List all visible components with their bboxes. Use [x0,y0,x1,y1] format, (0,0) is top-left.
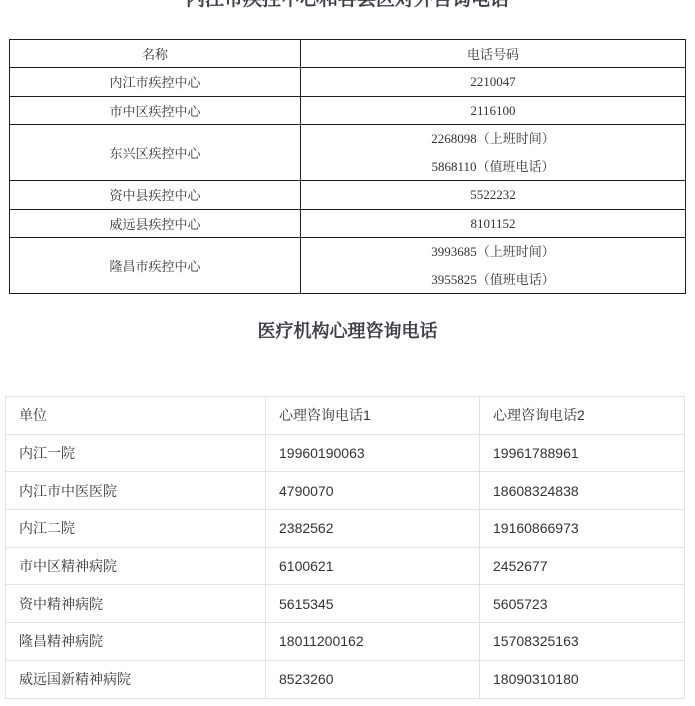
table-row: 内江市中医医院479007018608324838 [6,472,685,510]
table-row: 资中精神病院56153455605723 [6,585,685,623]
org-name-cell: 东兴区疾控中心 [10,125,301,181]
column-header-phone2: 心理咨询电话2 [480,397,685,435]
phone-cell: 2268098（上班时间）5868110（值班电话） [301,125,686,181]
column-header-unit: 单位 [6,397,266,435]
org-name-cell: 威远县疾控中心 [10,209,301,238]
psych-hotline-table: 单位 心理咨询电话1 心理咨询电话2 内江一院19960190063199617… [5,396,685,699]
phone1-cell: 6100621 [266,547,480,585]
table-row: 内江市疾控中心2210047 [10,68,686,97]
phone-cell: 8101152 [301,209,686,238]
phone1-cell: 8523260 [266,660,480,698]
unit-cell: 隆昌精神病院 [6,623,266,661]
phone2-cell: 15708325163 [480,623,685,661]
page-title: 内江市疾控中心和各县区对外咨询电话 [0,0,695,10]
phone-cell: 5522232 [301,181,686,210]
unit-cell: 威远国新精神病院 [6,660,266,698]
phone-cell: 2210047 [301,68,686,97]
phone-cell: 2116100 [301,96,686,125]
phone1-cell: 4790070 [266,472,480,510]
column-header-phone1: 心理咨询电话1 [266,397,480,435]
phone-number: 2116100 [301,97,685,125]
table-row: 市中区疾控中心2116100 [10,96,686,125]
table-header-row: 单位 心理咨询电话1 心理咨询电话2 [6,397,685,435]
phone1-cell: 18011200162 [266,623,480,661]
phone1-cell: 2382562 [266,510,480,548]
org-name-cell: 资中县疾控中心 [10,181,301,210]
table-row: 隆昌市疾控中心3993685（上班时间）3955825（值班电话） [10,238,686,294]
table-row: 市中区精神病院61006212452677 [6,547,685,585]
org-name-cell: 内江市疾控中心 [10,68,301,97]
phone-number: 5868110（值班电话） [301,153,685,181]
phone-number: 3955825（值班电话） [301,266,685,294]
column-header-phone: 电话号码 [301,40,686,68]
unit-cell: 内江一院 [6,434,266,472]
phone-number: 2268098（上班时间） [301,125,685,153]
cdc-phone-table: 名称 电话号码 内江市疾控中心2210047市中区疾控中心2116100东兴区疾… [9,39,686,294]
phone2-cell: 18090310180 [480,660,685,698]
org-name-cell: 隆昌市疾控中心 [10,238,301,294]
table-row: 威远国新精神病院852326018090310180 [6,660,685,698]
section-title-psych-hotline: 医疗机构心理咨询电话 [0,319,695,343]
table-row: 威远县疾控中心8101152 [10,209,686,238]
unit-cell: 内江二院 [6,510,266,548]
phone-number: 8101152 [301,210,685,238]
phone-cell: 3993685（上班时间）3955825（值班电话） [301,238,686,294]
phone2-cell: 5605723 [480,585,685,623]
unit-cell: 内江市中医医院 [6,472,266,510]
phone-number: 5522232 [301,181,685,209]
table-row: 东兴区疾控中心2268098（上班时间）5868110（值班电话） [10,125,686,181]
phone-number: 2210047 [301,68,685,96]
org-name-cell: 市中区疾控中心 [10,96,301,125]
phone1-cell: 5615345 [266,585,480,623]
table-row: 内江一院1996019006319961788961 [6,434,685,472]
table-row: 内江二院238256219160866973 [6,510,685,548]
phone-number: 3993685（上班时间） [301,238,685,266]
unit-cell: 市中区精神病院 [6,547,266,585]
table-header-row: 名称 电话号码 [10,40,686,68]
column-header-name: 名称 [10,40,301,68]
phone2-cell: 18608324838 [480,472,685,510]
phone2-cell: 2452677 [480,547,685,585]
table-row: 隆昌精神病院1801120016215708325163 [6,623,685,661]
phone1-cell: 19960190063 [266,434,480,472]
unit-cell: 资中精神病院 [6,585,266,623]
table-row: 资中县疾控中心5522232 [10,181,686,210]
phone2-cell: 19160866973 [480,510,685,548]
phone2-cell: 19961788961 [480,434,685,472]
